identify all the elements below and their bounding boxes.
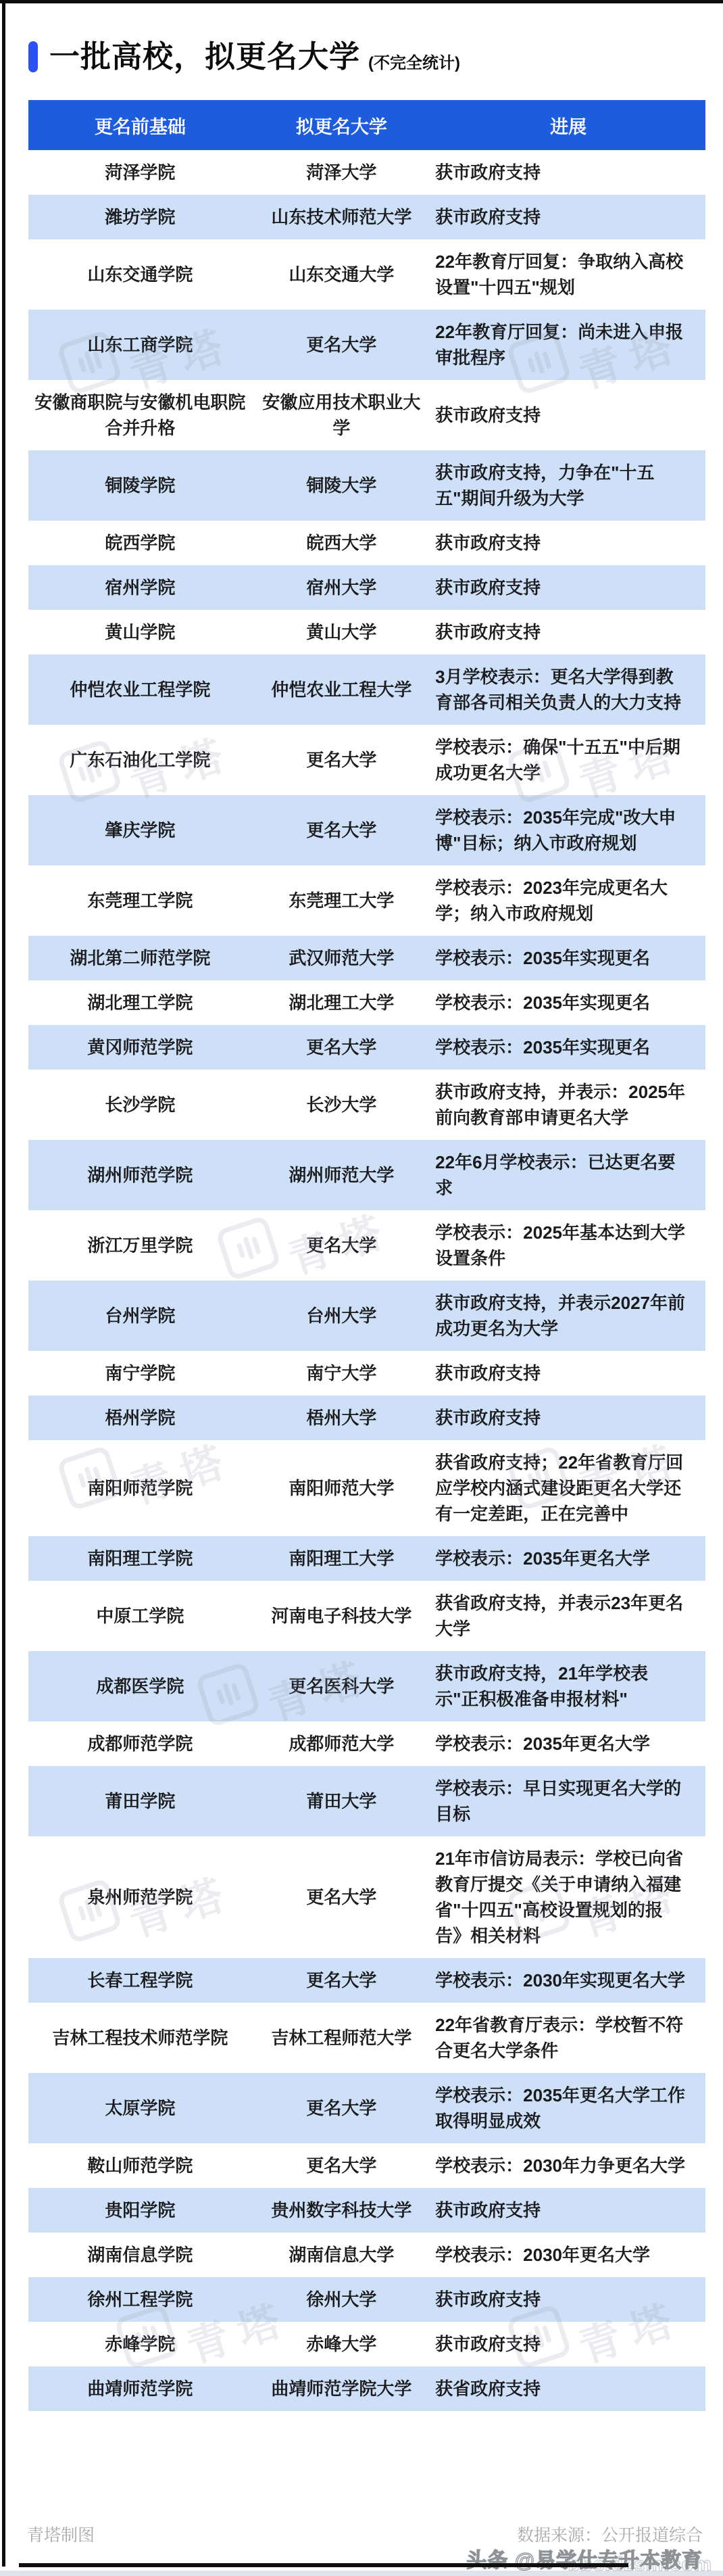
cell-proposed-name: 皖西大学 bbox=[252, 521, 432, 565]
cell-before-name: 仲恺农业工程学院 bbox=[28, 654, 252, 725]
cell-progress: 学校表示：2035年更名大学 bbox=[431, 1536, 705, 1581]
cell-proposed-name: 湖南信息大学 bbox=[252, 2233, 432, 2277]
table-row: 中原工学院 河南电子科技大学 获省政府支持，并表示23年更名大学 bbox=[28, 1581, 705, 1651]
cell-proposed-name: 南阳师范大学 bbox=[252, 1440, 432, 1536]
table-row: 浙江万里学院 更名大学 学校表示：2025年基本达到大学设置条件 bbox=[28, 1210, 705, 1281]
cell-proposed-name: 更名大学 bbox=[252, 1836, 432, 1958]
toutiao-watermark: 头条 @易学仕专升本教育 bbox=[466, 2544, 703, 2573]
cell-progress: 3月学校表示：更名大学得到教育部各司相关负责人的大力支持 bbox=[431, 654, 705, 725]
cell-proposed-name: 东莞理工大学 bbox=[252, 865, 432, 936]
cell-progress: 学校表示：2035年完成"改大申博"目标；纳入市政府规划 bbox=[431, 795, 705, 865]
cell-progress: 22年教育厅回复：尚未进入申报审批程序 bbox=[431, 310, 705, 380]
column-header-progress: 进展 bbox=[431, 100, 705, 150]
cell-progress: 获市政府支持 bbox=[431, 565, 705, 610]
cell-proposed-name: 武汉师范大学 bbox=[252, 936, 432, 980]
cell-before-name: 潍坊学院 bbox=[28, 195, 252, 239]
page: 一批高校，拟更名大学 (不完全统计) 更名前基础 拟更名大学 进展 菏泽学院 菏… bbox=[0, 0, 723, 2411]
table-row: 台州学院 台州大学 获市政府支持，并表示2027年前成功更名为大学 bbox=[28, 1281, 705, 1351]
cell-progress: 学校表示：确保"十五五"中后期成功更名大学 bbox=[431, 725, 705, 795]
cell-proposed-name: 赤峰大学 bbox=[252, 2322, 432, 2366]
page-title: 一批高校，拟更名大学 bbox=[49, 39, 360, 74]
cell-progress: 获市政府支持 bbox=[431, 610, 705, 654]
table-row: 皖西学院 皖西大学 获市政府支持 bbox=[28, 521, 705, 565]
cell-progress: 学校表示：2035年实现更名 bbox=[431, 980, 705, 1025]
table-row: 黄山学院 黄山大学 获市政府支持 bbox=[28, 610, 705, 654]
table-row: 山东交通学院 山东交通大学 22年教育厅回复：争取纳入高校设置"十四五"规划 bbox=[28, 239, 705, 310]
table-header: 更名前基础 拟更名大学 进展 bbox=[28, 100, 705, 150]
cell-progress: 获市政府支持，力争在"十五五"期间升级为大学 bbox=[431, 450, 705, 521]
cell-before-name: 湖北第二师范学院 bbox=[28, 936, 252, 980]
cell-proposed-name: 更名大学 bbox=[252, 795, 432, 865]
cell-proposed-name: 菏泽大学 bbox=[252, 150, 432, 195]
cell-proposed-name: 梧州大学 bbox=[252, 1396, 432, 1440]
cell-progress: 获市政府支持 bbox=[431, 2322, 705, 2366]
rename-table: 更名前基础 拟更名大学 进展 菏泽学院 菏泽大学 获市政府支持 潍坊学院 山东技… bbox=[28, 100, 705, 2411]
cell-proposed-name: 贵州数字科技大学 bbox=[252, 2188, 432, 2233]
cell-progress: 学校表示：2030年更名大学 bbox=[431, 2233, 705, 2277]
cell-before-name: 山东工商学院 bbox=[28, 310, 252, 380]
table-row: 山东工商学院 更名大学 22年教育厅回复：尚未进入申报审批程序 bbox=[28, 310, 705, 380]
cell-progress: 学校表示：2035年实现更名 bbox=[431, 1025, 705, 1070]
table-row: 潍坊学院 山东技术师范大学 获市政府支持 bbox=[28, 195, 705, 239]
cell-progress: 获省政府支持 bbox=[431, 2366, 705, 2411]
cell-proposed-name: 仲恺农业工程大学 bbox=[252, 654, 432, 725]
cell-proposed-name: 湖州师范大学 bbox=[252, 1140, 432, 1210]
cell-before-name: 安徽商职院与安徽机电职院合并升格 bbox=[28, 380, 252, 450]
table-row: 南阳师范学院 南阳师范大学 获省政府支持；22年省教育厅回应学校内涵式建设距更名… bbox=[28, 1440, 705, 1536]
table-row: 吉林工程技术师范学院 吉林工程师范大学 22年省教育厅表示：学校暂不符合更名大学… bbox=[28, 2003, 705, 2073]
table-row: 宿州学院 宿州大学 获市政府支持 bbox=[28, 565, 705, 610]
table-row: 梧州学院 梧州大学 获市政府支持 bbox=[28, 1396, 705, 1440]
cell-before-name: 吉林工程技术师范学院 bbox=[28, 2003, 252, 2073]
cell-before-name: 宿州学院 bbox=[28, 565, 252, 610]
cell-proposed-name: 莆田大学 bbox=[252, 1766, 432, 1836]
cell-before-name: 黄山学院 bbox=[28, 610, 252, 654]
table-row: 东莞理工学院 东莞理工大学 学校表示：2023年完成更名大学；纳入市政府规划 bbox=[28, 865, 705, 936]
cell-proposed-name: 南宁大学 bbox=[252, 1351, 432, 1396]
cell-progress: 获市政府支持 bbox=[431, 1396, 705, 1440]
cell-proposed-name: 黄山大学 bbox=[252, 610, 432, 654]
cell-proposed-name: 更名大学 bbox=[252, 2143, 432, 2188]
table-row: 南宁学院 南宁大学 获市政府支持 bbox=[28, 1351, 705, 1396]
table-row: 长沙学院 长沙大学 获市政府支持，并表示：2025年前向教育部申请更名大学 bbox=[28, 1070, 705, 1140]
cell-progress: 22年6月学校表示：已达更名要求 bbox=[431, 1140, 705, 1210]
cell-before-name: 皖西学院 bbox=[28, 521, 252, 565]
cell-progress: 获市政府支持 bbox=[431, 2277, 705, 2322]
table-row: 莆田学院 莆田大学 学校表示：早日实现更名大学的目标 bbox=[28, 1766, 705, 1836]
cell-before-name: 南阳师范学院 bbox=[28, 1440, 252, 1536]
table-row: 安徽商职院与安徽机电职院合并升格 安徽应用技术职业大学 获市政府支持 bbox=[28, 380, 705, 450]
cell-progress: 学校表示：2030年实现更名大学 bbox=[431, 1958, 705, 2003]
table-row: 仲恺农业工程学院 仲恺农业工程大学 3月学校表示：更名大学得到教育部各司相关负责… bbox=[28, 654, 705, 725]
cell-before-name: 湖南信息学院 bbox=[28, 2233, 252, 2277]
cell-progress: 21年市信访局表示：学校已向省教育厅提交《关于申请纳入福建省"十四五"高校设置规… bbox=[431, 1836, 705, 1958]
cell-before-name: 太原学院 bbox=[28, 2073, 252, 2143]
table-row: 湖南信息学院 湖南信息大学 学校表示：2030年更名大学 bbox=[28, 2233, 705, 2277]
cell-proposed-name: 山东交通大学 bbox=[252, 239, 432, 310]
cell-progress: 获市政府支持 bbox=[431, 1351, 705, 1396]
cell-before-name: 肇庆学院 bbox=[28, 795, 252, 865]
cell-proposed-name: 安徽应用技术职业大学 bbox=[252, 380, 432, 450]
cell-progress: 22年教育厅回复：争取纳入高校设置"十四五"规划 bbox=[431, 239, 705, 310]
table-row: 湖北第二师范学院 武汉师范大学 学校表示：2035年实现更名 bbox=[28, 936, 705, 980]
cell-progress: 22年省教育厅表示：学校暂不符合更名大学条件 bbox=[431, 2003, 705, 2073]
cell-proposed-name: 更名大学 bbox=[252, 1025, 432, 1070]
cell-proposed-name: 河南电子科技大学 bbox=[252, 1581, 432, 1651]
cell-progress: 获省政府支持；22年省教育厅回应学校内涵式建设距更名大学还有一定差距，正在完善中 bbox=[431, 1440, 705, 1536]
cell-before-name: 黄冈师范学院 bbox=[28, 1025, 252, 1070]
cell-progress: 学校表示：2035年实现更名 bbox=[431, 936, 705, 980]
cell-progress: 获市政府支持 bbox=[431, 521, 705, 565]
cell-before-name: 鞍山师范学院 bbox=[28, 2143, 252, 2188]
cell-before-name: 台州学院 bbox=[28, 1281, 252, 1351]
cell-before-name: 山东交通学院 bbox=[28, 239, 252, 310]
table-row: 成都师范学院 成都师范大学 学校表示：2035年更名大学 bbox=[28, 1721, 705, 1766]
cell-progress: 获市政府支持，并表示：2025年前向教育部申请更名大学 bbox=[431, 1070, 705, 1140]
table-row: 成都医学院 更名医科大学 获市政府支持，21年学校表示"正积极准备申报材料" bbox=[28, 1651, 705, 1721]
cell-proposed-name: 更名大学 bbox=[252, 310, 432, 380]
cell-progress: 获市政府支持 bbox=[431, 195, 705, 239]
table-row: 赤峰学院 赤峰大学 获市政府支持 bbox=[28, 2322, 705, 2366]
table-body: 菏泽学院 菏泽大学 获市政府支持 潍坊学院 山东技术师范大学 获市政府支持 山东… bbox=[28, 150, 705, 2411]
cell-proposed-name: 成都师范大学 bbox=[252, 1721, 432, 1766]
bottom-rule bbox=[19, 2563, 628, 2567]
table-row: 湖州师范学院 湖州师范大学 22年6月学校表示：已达更名要求 bbox=[28, 1140, 705, 1210]
column-header-proposed: 拟更名大学 bbox=[252, 100, 432, 150]
cell-before-name: 莆田学院 bbox=[28, 1766, 252, 1836]
cell-before-name: 湖州师范学院 bbox=[28, 1140, 252, 1210]
cell-before-name: 长沙学院 bbox=[28, 1070, 252, 1140]
cell-before-name: 铜陵学院 bbox=[28, 450, 252, 521]
table-row: 长春工程学院 更名大学 学校表示：2030年实现更名大学 bbox=[28, 1958, 705, 2003]
cell-proposed-name: 更名大学 bbox=[252, 725, 432, 795]
table-row: 黄冈师范学院 更名大学 学校表示：2035年实现更名 bbox=[28, 1025, 705, 1070]
table-row: 铜陵学院 铜陵大学 获市政府支持，力争在"十五五"期间升级为大学 bbox=[28, 450, 705, 521]
column-header-before: 更名前基础 bbox=[28, 100, 252, 150]
table-row: 曲靖师范学院 曲靖师范学院大学 获省政府支持 bbox=[28, 2366, 705, 2411]
cell-proposed-name: 更名大学 bbox=[252, 1958, 432, 2003]
cell-progress: 学校表示：2023年完成更名大学；纳入市政府规划 bbox=[431, 865, 705, 936]
cell-before-name: 成都医学院 bbox=[28, 1651, 252, 1721]
cell-progress: 学校表示：2030年力争更名大学 bbox=[431, 2143, 705, 2188]
cell-before-name: 赤峰学院 bbox=[28, 2322, 252, 2366]
table-row: 鞍山师范学院 更名大学 学校表示：2030年力争更名大学 bbox=[28, 2143, 705, 2188]
cell-before-name: 南阳理工学院 bbox=[28, 1536, 252, 1581]
table-row: 太原学院 更名大学 学校表示：2035年更名大学工作取得明显成效 bbox=[28, 2073, 705, 2143]
cell-before-name: 菏泽学院 bbox=[28, 150, 252, 195]
cell-proposed-name: 山东技术师范大学 bbox=[252, 195, 432, 239]
table-row: 南阳理工学院 南阳理工大学 学校表示：2035年更名大学 bbox=[28, 1536, 705, 1581]
table-row: 菏泽学院 菏泽大学 获市政府支持 bbox=[28, 150, 705, 195]
cell-proposed-name: 南阳理工大学 bbox=[252, 1536, 432, 1581]
cell-before-name: 曲靖师范学院 bbox=[28, 2366, 252, 2411]
cell-proposed-name: 更名医科大学 bbox=[252, 1651, 432, 1721]
cell-proposed-name: 铜陵大学 bbox=[252, 450, 432, 521]
cell-before-name: 梧州学院 bbox=[28, 1396, 252, 1440]
title-accent-bar bbox=[28, 41, 38, 72]
page-subtitle: (不完全统计) bbox=[368, 41, 460, 73]
cell-proposed-name: 更名大学 bbox=[252, 2073, 432, 2143]
cell-before-name: 湖北理工学院 bbox=[28, 980, 252, 1025]
cell-progress: 获省政府支持，并表示23年更名大学 bbox=[431, 1581, 705, 1651]
cell-proposed-name: 徐州大学 bbox=[252, 2277, 432, 2322]
table-row: 广东石油化工学院 更名大学 学校表示：确保"十五五"中后期成功更名大学 bbox=[28, 725, 705, 795]
cell-proposed-name: 湖北理工大学 bbox=[252, 980, 432, 1025]
cell-before-name: 中原工学院 bbox=[28, 1581, 252, 1651]
cell-progress: 获市政府支持，并表示2027年前成功更名为大学 bbox=[431, 1281, 705, 1351]
cell-proposed-name: 宿州大学 bbox=[252, 565, 432, 610]
cell-before-name: 长春工程学院 bbox=[28, 1958, 252, 2003]
table-row: 泉州师范学院 更名大学 21年市信访局表示：学校已向省教育厅提交《关于申请纳入福… bbox=[28, 1836, 705, 1958]
cell-before-name: 浙江万里学院 bbox=[28, 1210, 252, 1281]
cell-progress: 获市政府支持 bbox=[431, 150, 705, 195]
cell-progress: 获市政府支持 bbox=[431, 2188, 705, 2233]
footnote-row: 青塔制图 数据来源：公开报道综合 bbox=[27, 2522, 703, 2546]
cell-before-name: 贵阳学院 bbox=[28, 2188, 252, 2233]
cell-progress: 学校表示：2035年更名大学工作取得明显成效 bbox=[431, 2073, 705, 2143]
cell-proposed-name: 长沙大学 bbox=[252, 1070, 432, 1140]
cell-proposed-name: 吉林工程师范大学 bbox=[252, 2003, 432, 2073]
cell-proposed-name: 台州大学 bbox=[252, 1281, 432, 1351]
cell-progress: 学校表示：早日实现更名大学的目标 bbox=[431, 1766, 705, 1836]
cell-before-name: 南宁学院 bbox=[28, 1351, 252, 1396]
table-header-row: 更名前基础 拟更名大学 进展 bbox=[28, 100, 705, 150]
data-source-label: 数据来源：公开报道综合 bbox=[517, 2522, 703, 2546]
table-row: 贵阳学院 贵州数字科技大学 获市政府支持 bbox=[28, 2188, 705, 2233]
cell-progress: 学校表示：2025年基本达到大学设置条件 bbox=[431, 1210, 705, 1281]
cell-proposed-name: 更名大学 bbox=[252, 1210, 432, 1281]
cell-before-name: 成都师范学院 bbox=[28, 1721, 252, 1766]
table-row: 徐州工程学院 徐州大学 获市政府支持 bbox=[28, 2277, 705, 2322]
cell-progress: 获市政府支持，21年学校表示"正积极准备申报材料" bbox=[431, 1651, 705, 1721]
table-row: 湖北理工学院 湖北理工大学 学校表示：2035年实现更名 bbox=[28, 980, 705, 1025]
cell-before-name: 泉州师范学院 bbox=[28, 1836, 252, 1958]
cell-proposed-name: 曲靖师范学院大学 bbox=[252, 2366, 432, 2411]
table-row: 肇庆学院 更名大学 学校表示：2035年完成"改大申博"目标；纳入市政府规划 bbox=[28, 795, 705, 865]
cell-progress: 学校表示：2035年更名大学 bbox=[431, 1721, 705, 1766]
cell-progress: 获市政府支持 bbox=[431, 380, 705, 450]
credit-label: 青塔制图 bbox=[27, 2522, 95, 2546]
cell-before-name: 广东石油化工学院 bbox=[28, 725, 252, 795]
cell-before-name: 东莞理工学院 bbox=[28, 865, 252, 936]
cell-before-name: 徐州工程学院 bbox=[28, 2277, 252, 2322]
title-block: 一批高校，拟更名大学 (不完全统计) bbox=[28, 39, 705, 74]
